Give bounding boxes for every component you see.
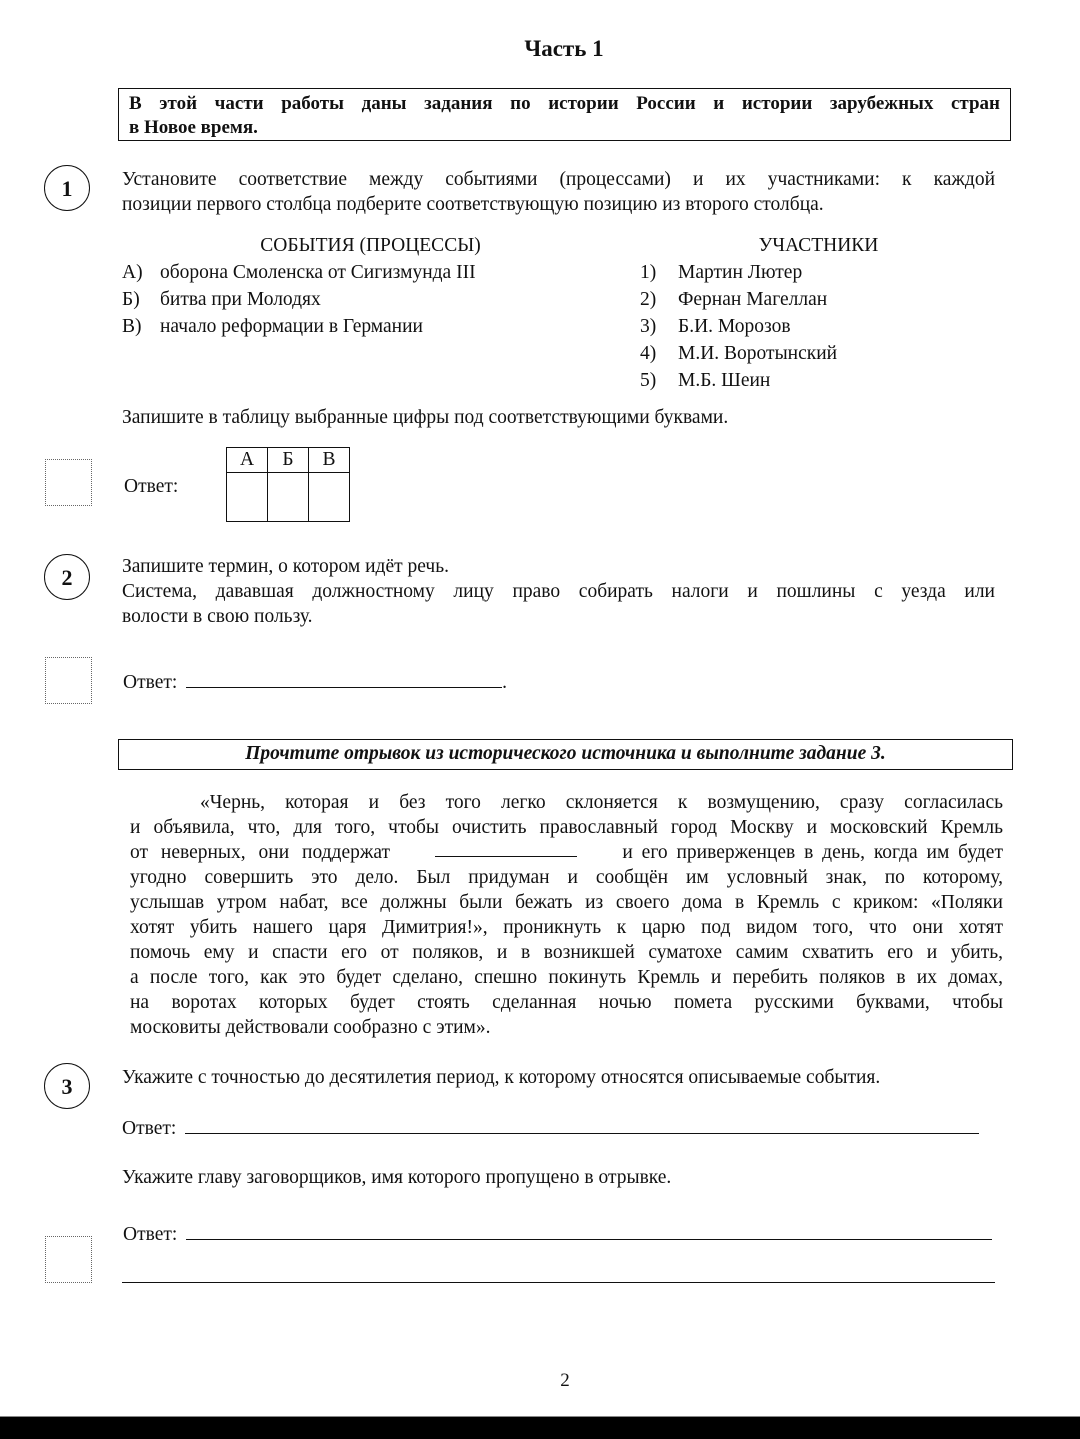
task-2-text-line: Система, дававшая должностному лицу прав… xyxy=(122,579,995,604)
item-text: оборона Смоленска от Сигизмунда III xyxy=(160,260,476,287)
task-2-answer-row: Ответ: . xyxy=(123,669,507,695)
item-key: 3) xyxy=(640,314,678,341)
item-text: Мартин Лютер xyxy=(678,260,802,287)
excerpt-line: на воротах которых будет стоять сделанна… xyxy=(130,990,1003,1015)
task-3-answer-row-1: Ответ: xyxy=(122,1115,979,1141)
participant-item: 3) Б.И. Морозов xyxy=(640,314,1000,341)
answer-label: Ответ: xyxy=(123,1224,177,1245)
bottom-bar xyxy=(0,1416,1080,1439)
intro-box: В этой части работы даны задания по исто… xyxy=(118,88,1011,141)
item-key: Б) xyxy=(122,287,160,314)
answer-cell-v[interactable] xyxy=(309,473,350,522)
answer-label: Ответ: xyxy=(123,672,177,693)
answer-table-header: А xyxy=(227,448,268,473)
answer-suffix: . xyxy=(502,672,507,693)
task-3-answer-field-2-continuation[interactable] xyxy=(122,1264,995,1283)
events-column-header: СОБЫТИЯ (ПРОЦЕССЫ) xyxy=(122,233,619,260)
item-key: 5) xyxy=(640,368,678,395)
item-key: 1) xyxy=(640,260,678,287)
score-box-task-2 xyxy=(45,657,92,704)
excerpt-line: и объявила, что, для того, чтобы очистит… xyxy=(130,815,1003,840)
source-instruction-box: Прочтите отрывок из исторического источн… xyxy=(118,739,1013,770)
excerpt-line: помочь ему и спасти его от поляков, и в … xyxy=(130,940,1003,965)
answer-table-header: В xyxy=(309,448,350,473)
excerpt-text: и его приверженцев в день, когда им буде… xyxy=(622,840,1003,865)
intro-line-2: в Новое время. xyxy=(129,116,1000,140)
task-3-question-2: Укажите главу заговорщиков, имя которого… xyxy=(122,1165,671,1190)
score-box-task-3 xyxy=(45,1236,92,1283)
task-2-text: Запишите термин, о котором идёт речь. Си… xyxy=(122,554,995,629)
events-column: СОБЫТИЯ (ПРОЦЕССЫ) А) оборона Смоленска … xyxy=(122,233,622,341)
excerpt-line: «Чернь, которая и без того легко склоняе… xyxy=(130,790,1003,815)
item-key: 4) xyxy=(640,341,678,368)
instruction-line: позиции первого столбца подберите соотве… xyxy=(122,192,995,217)
participant-item: 4) М.И. Воротынский xyxy=(640,341,1000,368)
event-item: Б) битва при Молодях xyxy=(122,287,622,314)
participant-item: 1) Мартин Лютер xyxy=(640,260,1000,287)
task-3-answer-row-2: Ответ: xyxy=(123,1221,992,1247)
answer-label: Ответ: xyxy=(124,474,178,499)
excerpt-text: от неверных, они поддержат xyxy=(130,840,390,865)
answer-table: А Б В xyxy=(226,447,350,522)
task-number: 3 xyxy=(62,1074,73,1099)
task-3-question-1: Укажите с точностью до десятилетия перио… xyxy=(122,1065,880,1090)
task-number: 2 xyxy=(62,565,73,590)
source-excerpt: «Чернь, которая и без того легко склоняе… xyxy=(130,790,1003,1040)
item-text: Б.И. Морозов xyxy=(678,314,791,341)
answer-cell-b[interactable] xyxy=(268,473,309,522)
instruction-line: Установите соответствие между событиями … xyxy=(122,167,995,192)
task-3-answer-field-2[interactable] xyxy=(186,1221,992,1240)
table-instruction: Запишите в таблицу выбранные цифры под с… xyxy=(122,405,728,430)
task-number: 1 xyxy=(62,176,73,201)
participants-column-header: УЧАСТНИКИ xyxy=(640,233,997,260)
answer-table-header: Б xyxy=(268,448,309,473)
participant-item: 2) Фернан Магеллан xyxy=(640,287,1000,314)
event-item: В) начало реформации в Германии xyxy=(122,314,622,341)
task-number-badge-3: 3 xyxy=(44,1063,90,1109)
participant-item: 5) М.Б. Шеин xyxy=(640,368,1000,395)
item-text: Фернан Магеллан xyxy=(678,287,827,314)
page-title: Часть 1 xyxy=(0,34,1080,64)
answer-cell-a[interactable] xyxy=(227,473,268,522)
task-1-instruction: Установите соответствие между событиями … xyxy=(122,167,995,217)
excerpt-gap-blank xyxy=(435,840,577,857)
item-text: начало реформации в Германии xyxy=(160,314,423,341)
task-2-answer-field[interactable] xyxy=(186,669,502,688)
excerpt-line: московиты действовали сообразно с этим». xyxy=(130,1015,1003,1040)
event-item: А) оборона Смоленска от Сигизмунда III xyxy=(122,260,622,287)
excerpt-line: а после того, как это будет сделано, спе… xyxy=(130,965,1003,990)
excerpt-line-with-gap: от неверных, они поддержат и его приверж… xyxy=(130,840,1003,865)
intro-line-1: В этой части работы даны задания по исто… xyxy=(129,92,1000,116)
item-text: М.Б. Шеин xyxy=(678,368,770,395)
answer-label: Ответ: xyxy=(122,1118,176,1139)
task-number-badge-1: 1 xyxy=(44,165,90,211)
task-2-text-line: волости в свою пользу. xyxy=(122,604,995,629)
participants-column: УЧАСТНИКИ 1) Мартин Лютер 2) Фернан Маге… xyxy=(640,233,1000,395)
page-number: 2 xyxy=(0,1368,1080,1393)
task-2-instruction: Запишите термин, о котором идёт речь. xyxy=(122,554,995,579)
item-text: битва при Молодях xyxy=(160,287,321,314)
excerpt-line: угодно совершить это дело. Был придуман … xyxy=(130,865,1003,890)
item-key: А) xyxy=(122,260,160,287)
item-key: В) xyxy=(122,314,160,341)
task-3-answer-field-1[interactable] xyxy=(185,1115,979,1134)
excerpt-line: хотят убить нашего царя Димитрия!», прон… xyxy=(130,915,1003,940)
item-key: 2) xyxy=(640,287,678,314)
item-text: М.И. Воротынский xyxy=(678,341,837,368)
task-number-badge-2: 2 xyxy=(44,554,90,600)
excerpt-line: услышав утром набат, все должны были беж… xyxy=(130,890,1003,915)
score-box-task-1 xyxy=(45,459,92,506)
